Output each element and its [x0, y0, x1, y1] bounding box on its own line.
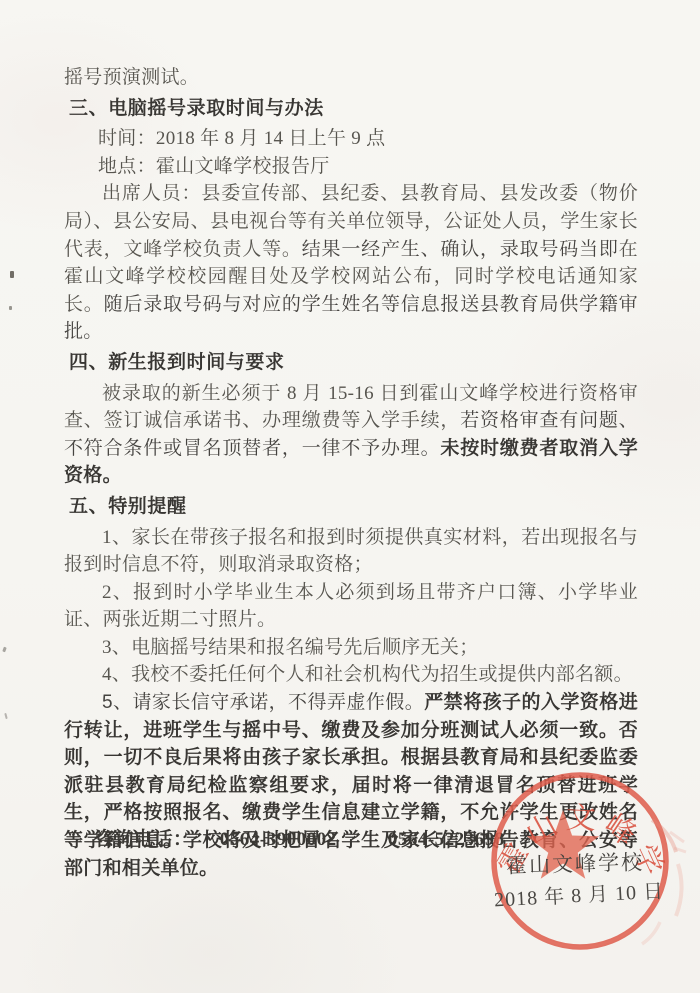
scan-artifact	[10, 271, 14, 278]
text-segment: 摇号预演测试。	[64, 67, 199, 88]
text-segment: 2、报到时小学毕业生本人必须到场且带齐户口簿、小学毕业证、两张近期二寸照片。	[64, 582, 638, 631]
notice-item-2: 2、报到时小学毕业生本人必须到场且带齐户口簿、小学毕业证、两张近期二寸照片。	[64, 579, 638, 634]
text-segment: 3、电脑摇号结果和报名编号先后顺序无关；	[102, 637, 479, 658]
time-line: 时间：2018 年 8 月 14 日上午 9 点	[64, 125, 638, 153]
notice-item-1: 1、家长在带孩子报名和报到时须提供真实材料，若出现报名与报到时信息不符，则取消录…	[64, 524, 638, 579]
notice-item-4: 4、我校不委托任何个人和社会机构代为招生或提供内部名额。	[64, 661, 638, 689]
attendees-paragraph: 出席人员：县委宣传部、县纪委、县教育局、县发改委（物价局）、县公安局、县电视台等…	[64, 180, 638, 346]
section-heading-5: 五、特别提醒	[69, 493, 638, 521]
text-segment: 四、新生报到时间与要求	[69, 352, 285, 373]
signature-school-name: 霍山文峰学校	[506, 846, 647, 880]
intro-continuation-line: 摇号预演测试。	[64, 64, 638, 92]
text-segment: 随后录取号码与对应的学生姓名等信息报送县教育局供学籍审批。	[64, 294, 638, 343]
text-segment: 5、请家长信守承诺，不得弄虚作假。	[102, 692, 424, 713]
contact-line: 咨询电话： 0564-3900002 0564-5223698	[95, 824, 505, 851]
text-segment: 三、电脑摇号录取时间与办法	[69, 98, 324, 119]
scan-artifact	[9, 306, 12, 310]
section-heading-4: 四、新生报到时间与要求	[69, 349, 638, 377]
text-segment: 结果一经产生、确认，录取号码当即	[302, 239, 619, 260]
notice-item-3: 3、电脑摇号结果和报名编号先后顺序无关；	[64, 634, 638, 662]
scan-artifact	[2, 647, 7, 653]
contact-label: 咨询电话：	[95, 829, 193, 850]
text-segment: 地点：霍山文峰学校报告厅	[98, 156, 330, 177]
section-heading-3: 三、电脑摇号录取时间与办法	[69, 95, 638, 123]
text-segment: 1、家长在带孩子报名和报到时须提供真实材料，若出现报名与报到时信息不符，则取消录…	[64, 527, 638, 576]
scan-artifact	[4, 713, 7, 719]
document-body: 摇号预演测试。三、电脑摇号录取时间与办法时间：2018 年 8 月 14 日上午…	[64, 64, 638, 882]
place-line: 地点：霍山文峰学校报告厅	[64, 153, 638, 181]
text-segment: 五、特别提醒	[69, 496, 187, 517]
text-segment: 时间：2018 年 8 月 14 日上午 9 点	[98, 128, 385, 149]
phone-number-1: 0564-3900002	[220, 829, 337, 850]
registration-paragraph: 被录取的新生必须于 8 月 15-16 日到霍山文峰学校进行资格审查、签订诚信承…	[64, 380, 638, 490]
scanned-document-page: 摇号预演测试。三、电脑摇号录取时间与办法时间：2018 年 8 月 14 日上午…	[0, 0, 700, 993]
text-segment: 4、我校不委托任何个人和社会机构代为招生或提供内部名额。	[102, 664, 633, 685]
